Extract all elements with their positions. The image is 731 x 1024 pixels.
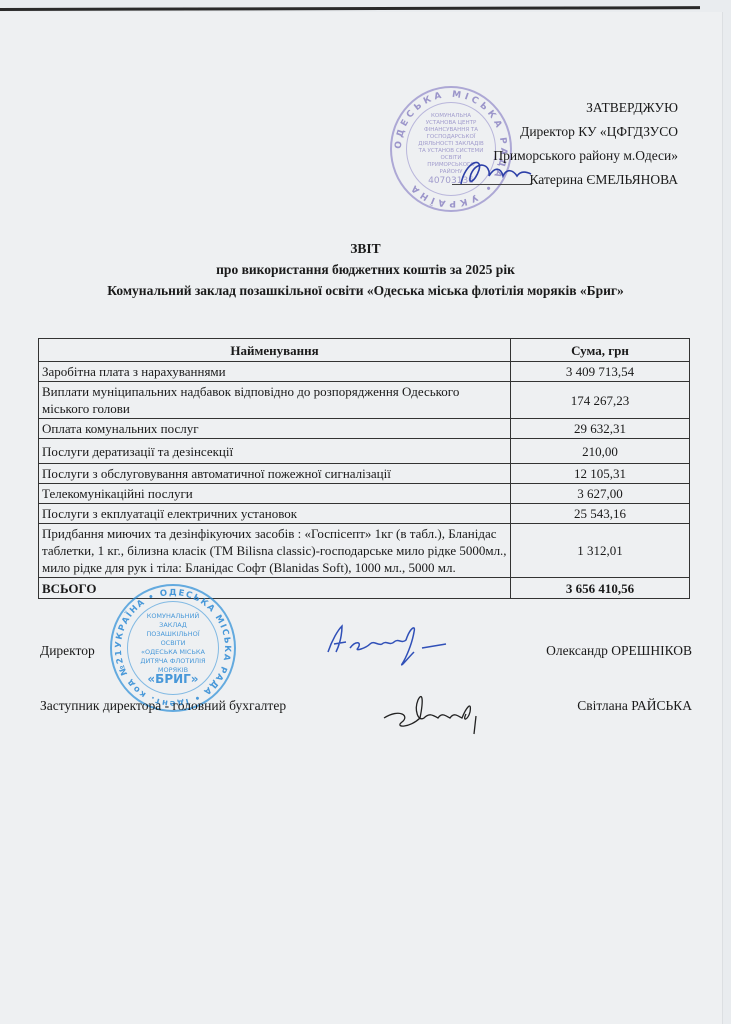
- row-name: Послуги дератизації та дезінсекції: [39, 439, 511, 464]
- document-page: ОДЕСЬКА МІСЬКА РАДА • УКРАЇНА КОМУНАЛЬНА…: [0, 12, 723, 1024]
- approval-signatory: Катерина ЄМЕЛЬЯНОВА: [493, 168, 678, 192]
- institution-stamp-ring: УКРАЇНА • ОДЕСЬКА МІСЬКА РАДА • ідент. к…: [110, 584, 236, 712]
- row-name: Телекомунікаційні послуги: [39, 484, 511, 504]
- table-header-row: Найменування Сума, грн: [39, 339, 690, 362]
- table-row: Заробітна плата з нарахуваннями3 409 713…: [39, 362, 690, 382]
- row-amount: 12 105,31: [511, 464, 690, 484]
- director-role: Директор: [40, 643, 95, 659]
- budget-table: Найменування Сума, грн Заробітна плата з…: [38, 338, 690, 599]
- approval-heading: ЗАТВЕРДЖУЮ: [493, 96, 678, 120]
- row-name: Заробітна плата з нарахуваннями: [39, 362, 511, 382]
- row-amount: 3 627,00: [511, 484, 690, 504]
- approval-line1: Директор КУ «ЦФГДЗУСО: [493, 120, 678, 144]
- table-row: Виплати муніципальних надбавок відповідн…: [39, 382, 690, 419]
- report-subtitle: про використання бюджетних коштів за 202…: [0, 259, 731, 280]
- report-institution: Комунальний заклад позашкільної освіти «…: [0, 280, 731, 301]
- director-name: Олександр ОРЕШНІКОВ: [546, 643, 692, 659]
- row-amount: 174 267,23: [511, 382, 690, 419]
- svg-text:УКРАЇНА • ОДЕСЬКА МІСЬКА РАДА: УКРАЇНА • ОДЕСЬКА МІСЬКА РАДА • ідент. к…: [110, 584, 232, 708]
- accountant-role: Заступник директора - головний бухгалтер: [40, 698, 286, 714]
- accountant-name: Світлана РАЙСЬКА: [577, 698, 692, 714]
- row-name: Виплати муніципальних надбавок відповідн…: [39, 382, 511, 419]
- row-amount: 25 543,16: [511, 504, 690, 524]
- row-amount: 29 632,31: [511, 419, 690, 439]
- row-name: Оплата комунальних послуг: [39, 419, 511, 439]
- row-name: Послуги з обслуговування автоматичної по…: [39, 464, 511, 484]
- row-name: Послуги з екплуатації електричних устано…: [39, 504, 511, 524]
- table-row: Послуги з обслуговування автоматичної по…: [39, 464, 690, 484]
- approval-line2: Приморського району м.Одеси»: [493, 144, 678, 168]
- accountant-signature: [380, 688, 490, 738]
- row-name: Придбання миючих та дезінфікуючих засобі…: [39, 524, 511, 578]
- institution-stamp: УКРАЇНА • ОДЕСЬКА МІСЬКА РАДА • ідент. к…: [110, 584, 236, 712]
- header-name: Найменування: [39, 339, 511, 362]
- table-row: Оплата комунальних послуг29 632,31: [39, 419, 690, 439]
- row-amount: 3 409 713,54: [511, 362, 690, 382]
- table-row: Послуги з екплуатації електричних устано…: [39, 504, 690, 524]
- approval-block: ЗАТВЕРДЖУЮ Директор КУ «ЦФГДЗУСО Приморс…: [493, 96, 678, 192]
- scan-edge: [0, 6, 700, 11]
- table-row: Придбання миючих та дезінфікуючих засобі…: [39, 524, 690, 578]
- table-row: Телекомунікаційні послуги3 627,00: [39, 484, 690, 504]
- report-title: ЗВІТ: [0, 238, 731, 259]
- header-amount: Сума, грн: [511, 339, 690, 362]
- report-title-block: ЗВІТ про використання бюджетних коштів з…: [0, 238, 731, 301]
- director-signature: [322, 618, 462, 668]
- table-row: Послуги дератизації та дезінсекції210,00: [39, 439, 690, 464]
- total-amount: 3 656 410,56: [511, 578, 690, 599]
- row-amount: 1 312,01: [511, 524, 690, 578]
- row-amount: 210,00: [511, 439, 690, 464]
